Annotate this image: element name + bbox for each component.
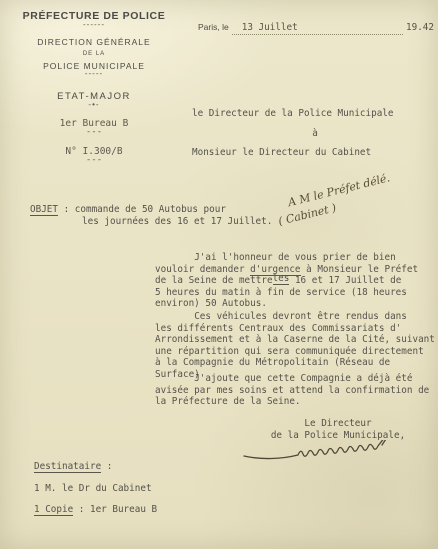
letterhead: PRÉFECTURE DE POLICE ------ DIRECTION GÉ… [10,10,178,164]
letterhead-rule: ----- [10,71,178,77]
destinataire-line: 1 M. le Dr du Cabinet [34,483,294,494]
subject-label: OBJET [30,204,58,216]
dateline-date: 13 Juillet [232,22,403,35]
dateline-prefix: Paris, le [198,22,229,32]
body-paragraph-2: Ces véhicules devront être rendus dans l… [155,311,438,381]
letterhead-ornament: -•- [10,102,178,108]
signature-block: Le Directeur de la Police Municipale, [248,418,428,441]
p1-typed-insertion: les [273,273,290,285]
subject-separator: : [58,204,75,215]
recipient-a: à [192,128,438,139]
recipient-block: le Directeur de la Police Municipale à M… [192,108,438,158]
copy-label: 1 Copie [34,504,73,516]
body-paragraph-3: J'ajoute que cette Compagnie a déjà été … [155,373,438,408]
scanned-letter: PRÉFECTURE DE POLICE ------ DIRECTION GÉ… [0,0,438,549]
subject-text-line2: les journées des 16 et 17 Juillet. [82,216,310,228]
destinataire-label: Destinataire [34,461,101,473]
subject-block: OBJET : commande de 50 Autobus pour les … [30,204,310,228]
letterhead-de-la: DE LA [10,51,178,57]
subject-text-line1: commande de 50 Autobus pour [75,204,226,215]
letterhead-direction: DIRECTION GÉNÉRALE [10,37,178,47]
copy-rest: : 1er Bureau B [73,504,157,515]
body-paragraph-1: J'ai l'honneur de vous prier de bien vou… [155,252,438,310]
destinataire-separator: : [101,461,112,472]
dateline-year: 19.42 [406,22,434,33]
dateline: Paris, le 13 Juillet 19.42 [198,22,434,35]
signature-title-line1: Le Directeur [248,418,428,430]
distribution-block: Destinataire : 1 M. le Dr du Cabinet 1 C… [34,461,294,526]
bureau-rule: --- [10,129,178,136]
recipient-title: Monsieur le Directeur du Cabinet [192,147,438,158]
sender-title: le Directeur de la Police Municipale [192,108,438,119]
letterhead-rule: ------ [10,22,178,28]
reference-rule: --- [10,157,178,164]
